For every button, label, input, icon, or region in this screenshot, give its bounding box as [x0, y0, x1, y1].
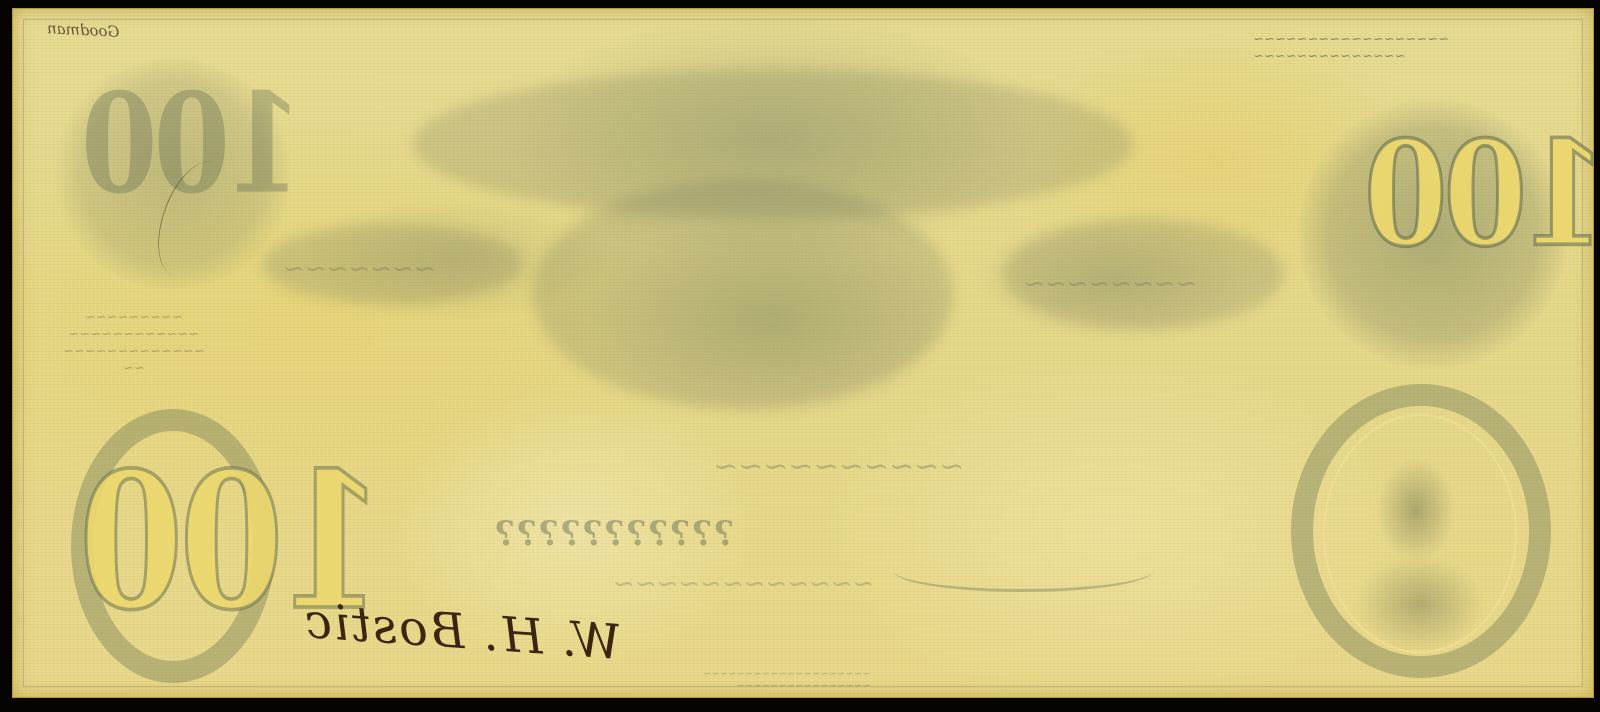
script-line-ghost-1: ~~~~~~~~~~	[713, 449, 964, 484]
left-imprint-ghost: ~~~~~~~~~ ~~~~~~~~~~~~ ~~~~~~~~~~~~~ ~~	[63, 309, 205, 377]
pencil-notation: Goodman	[47, 19, 120, 41]
script-line-ghost-2: ~~~~~~~~~~~~	[613, 569, 874, 599]
bottom-imprint-ghost: ~~~~~~~~~~~~~~~~~~~~ ~~~~~~~~~~~~~~~~	[703, 669, 871, 693]
right-imprint-ghost: ~~~~~~~~~~~~~~~~~~ ~~~~~~~~~~~~~~	[1253, 31, 1449, 65]
city-line-ghost-left: ~~~~~~~	[283, 254, 436, 284]
denomination-counter-top-right: 100	[1368, 110, 1600, 279]
city-line-ghost-right: ~~~~~~~~	[1023, 269, 1197, 299]
banner-swash	[893, 549, 1153, 592]
vignette-ghost-center	[533, 179, 953, 409]
portrait-ghost	[1323, 414, 1517, 653]
title-banner-ghost: ???????????	[493, 514, 734, 554]
banknote-reverse: 100 100 100 ??????????? ~~~~~~~~~~ ~~~~~…	[12, 8, 1594, 698]
